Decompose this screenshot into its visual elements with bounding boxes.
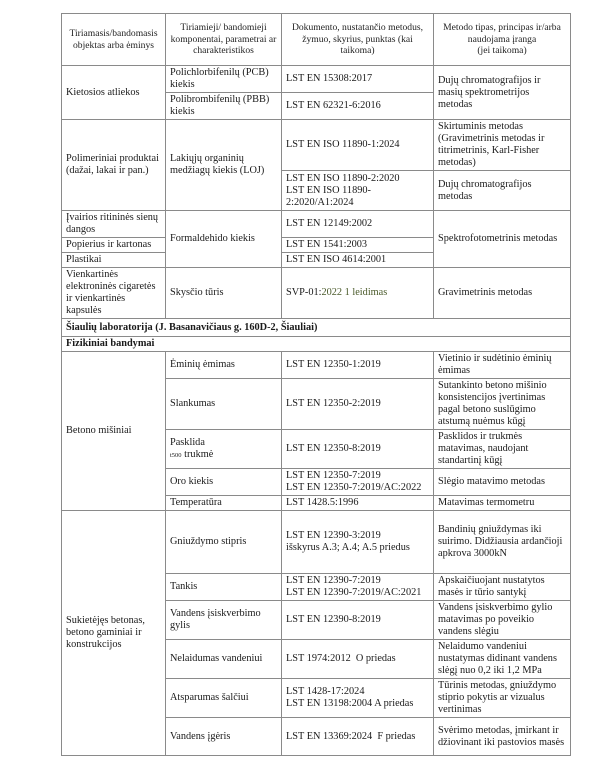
table-row: Vienkartinės elektroninės cigaretės ir v… xyxy=(62,268,571,319)
method-cell: Spektrofotometrinis metodas xyxy=(434,211,571,268)
parameter-cell: Polibrombifenilų (PBB) kiekis xyxy=(166,93,282,120)
header-object: Tiriamasis/bandomasis objektas arba ėmin… xyxy=(62,14,166,66)
document-cell: LST EN 12390-8:2019 xyxy=(282,601,434,640)
parameter-cell: Vandens įgėris xyxy=(166,718,282,756)
document-cell: LST EN 12350-8:2019 xyxy=(282,430,434,469)
object-cell: Plastikai xyxy=(62,253,166,268)
parameter-cell: Atsparumas šalčiui xyxy=(166,679,282,718)
table-row: Polimeriniai produktai (dažai, lakai ir … xyxy=(62,120,571,171)
document-cell: LST EN 12390-7:2019 LST EN 12390-7:2019/… xyxy=(282,574,434,601)
document-cell: LST 1428-17:2024 LST EN 13198:2004 A pri… xyxy=(282,679,434,718)
parameter-line: Pasklida xyxy=(170,437,205,448)
method-cell: Pasklidos ir trukmės matavimas, naudojan… xyxy=(434,430,571,469)
document-cell: LST 1974:2012 O priedas xyxy=(282,640,434,679)
method-cell: Apskaičiuojant nustatytos masės ir tūrio… xyxy=(434,574,571,601)
document-cell: LST EN ISO 11890-1:2024 xyxy=(282,120,434,171)
parameter-cell: Ėminių ėmimas xyxy=(166,352,282,379)
document-cell: LST EN 1541:2003 xyxy=(282,238,434,253)
header-parameters: Tiriamieji/ bandomieji komponentai, para… xyxy=(166,14,282,66)
method-cell: Vietinio ir sudėtinio ėminių ėmimas xyxy=(434,352,571,379)
document-cell: LST EN 15308:2017 xyxy=(282,66,434,93)
methods-table: Tiriamasis/bandomasis objektas arba ėmin… xyxy=(61,13,571,756)
document-cell: LST EN 13369:2024 F priedas xyxy=(282,718,434,756)
method-cell: Gravimetrinis metodas xyxy=(434,268,571,319)
document-cell: LST EN 12350-7:2019 LST EN 12350-7:2019/… xyxy=(282,469,434,496)
document-cell: LST EN 12350-1:2019 xyxy=(282,352,434,379)
method-cell: Dujų chromatografijos ir masių spektrome… xyxy=(434,66,571,120)
method-cell: Matavimas termometru xyxy=(434,496,571,511)
object-cell: Sukietėjęs betonas, betono gaminiai ir k… xyxy=(62,511,166,756)
document-cell: LST EN 12350-2:2019 xyxy=(282,379,434,430)
document-cell: SVP-01:2022 1 leidimas xyxy=(282,268,434,319)
table-row: Sukietėjęs betonas, betono gaminiai ir k… xyxy=(62,511,571,574)
header-document: Dokumento, nustatančio metodus, žymuo, s… xyxy=(282,14,434,66)
object-cell: Vienkartinės elektroninės cigaretės ir v… xyxy=(62,268,166,319)
parameter-cell: Gniuždymo stipris xyxy=(166,511,282,574)
parameter-cell: Vandens įsiskverbimo gylis xyxy=(166,601,282,640)
object-cell: Įvairios ritininės sienų dangos xyxy=(62,211,166,238)
method-cell: Bandinių gniuždymas iki suirimo. Didžiau… xyxy=(434,511,571,574)
header-method: Metodo tipas, principas ir/arba naudojam… xyxy=(434,14,571,66)
parameter-cell: Polichlorbifenilų (PCB) kiekis xyxy=(166,66,282,93)
object-cell: Betono mišiniai xyxy=(62,352,166,511)
table-row: Betono mišiniai Ėminių ėmimas LST EN 123… xyxy=(62,352,571,379)
document-cell: LST EN ISO 11890-2:2020 LST EN ISO 11890… xyxy=(282,171,434,211)
document-cell: LST EN ISO 4614:2001 xyxy=(282,253,434,268)
table-row: Kietosios atliekos Polichlorbifenilų (PC… xyxy=(62,66,571,93)
method-cell: Skirtuminis metodas (Gravimetrinis metod… xyxy=(434,120,571,171)
document-cell: LST EN 62321-6:2016 xyxy=(282,93,434,120)
table-row: Įvairios ritininės sienų dangos Formalde… xyxy=(62,211,571,238)
method-cell: Svėrimo metodas, įmirkant ir džiovinant … xyxy=(434,718,571,756)
parameter-cell: Oro kiekis xyxy=(166,469,282,496)
parameter-subscript: t500 xyxy=(170,452,182,459)
parameter-cell: Slankumas xyxy=(166,379,282,430)
object-cell: Polimeriniai produktai (dažai, lakai ir … xyxy=(62,120,166,211)
parameter-cell: Lakiųjų organinių medžiagų kiekis (LOJ) xyxy=(166,120,282,211)
document-edition: 2022 1 leidimas xyxy=(321,287,387,298)
method-cell: Vandens įsiskverbimo gylio matavimas po … xyxy=(434,601,571,640)
parameter-cell: Pasklidat500 trukmė xyxy=(166,430,282,469)
parameter-cell: Tankis xyxy=(166,574,282,601)
document-cell: LST 1428.5:1996 xyxy=(282,496,434,511)
object-cell: Popierius ir kartonas xyxy=(62,238,166,253)
parameter-cell: Skysčio tūris xyxy=(166,268,282,319)
document-cell: LST EN 12149:2002 xyxy=(282,211,434,238)
subsection-title: Fizikiniai bandymai xyxy=(62,337,571,352)
document-code: SVP-01: xyxy=(286,287,321,298)
method-cell: Nelaidumo vandeniui nustatymas didinant … xyxy=(434,640,571,679)
lab-title-row: Šiaulių laboratorija (J. Basanavičiaus g… xyxy=(62,319,571,337)
parameter-cell: Nelaidumas vandeniui xyxy=(166,640,282,679)
subsection-row: Fizikiniai bandymai xyxy=(62,337,571,352)
method-cell: Sutankinto betono mišinio konsistencijos… xyxy=(434,379,571,430)
header-row: Tiriamasis/bandomasis objektas arba ėmin… xyxy=(62,14,571,66)
method-cell: Slėgio matavimo metodas xyxy=(434,469,571,496)
parameter-cell: Temperatūra xyxy=(166,496,282,511)
object-cell: Kietosios atliekos xyxy=(62,66,166,120)
parameter-cell: Formaldehido kiekis xyxy=(166,211,282,268)
document-cell: LST EN 12390-3:2019 išskyrus A.3; A.4; A… xyxy=(282,511,434,574)
method-cell: Tūrinis metodas, gniuždymo stiprio pokyt… xyxy=(434,679,571,718)
method-cell: Dujų chromatografijos metodas xyxy=(434,171,571,211)
parameter-line: trukmė xyxy=(182,449,214,460)
lab-title: Šiaulių laboratorija (J. Basanavičiaus g… xyxy=(62,319,571,337)
